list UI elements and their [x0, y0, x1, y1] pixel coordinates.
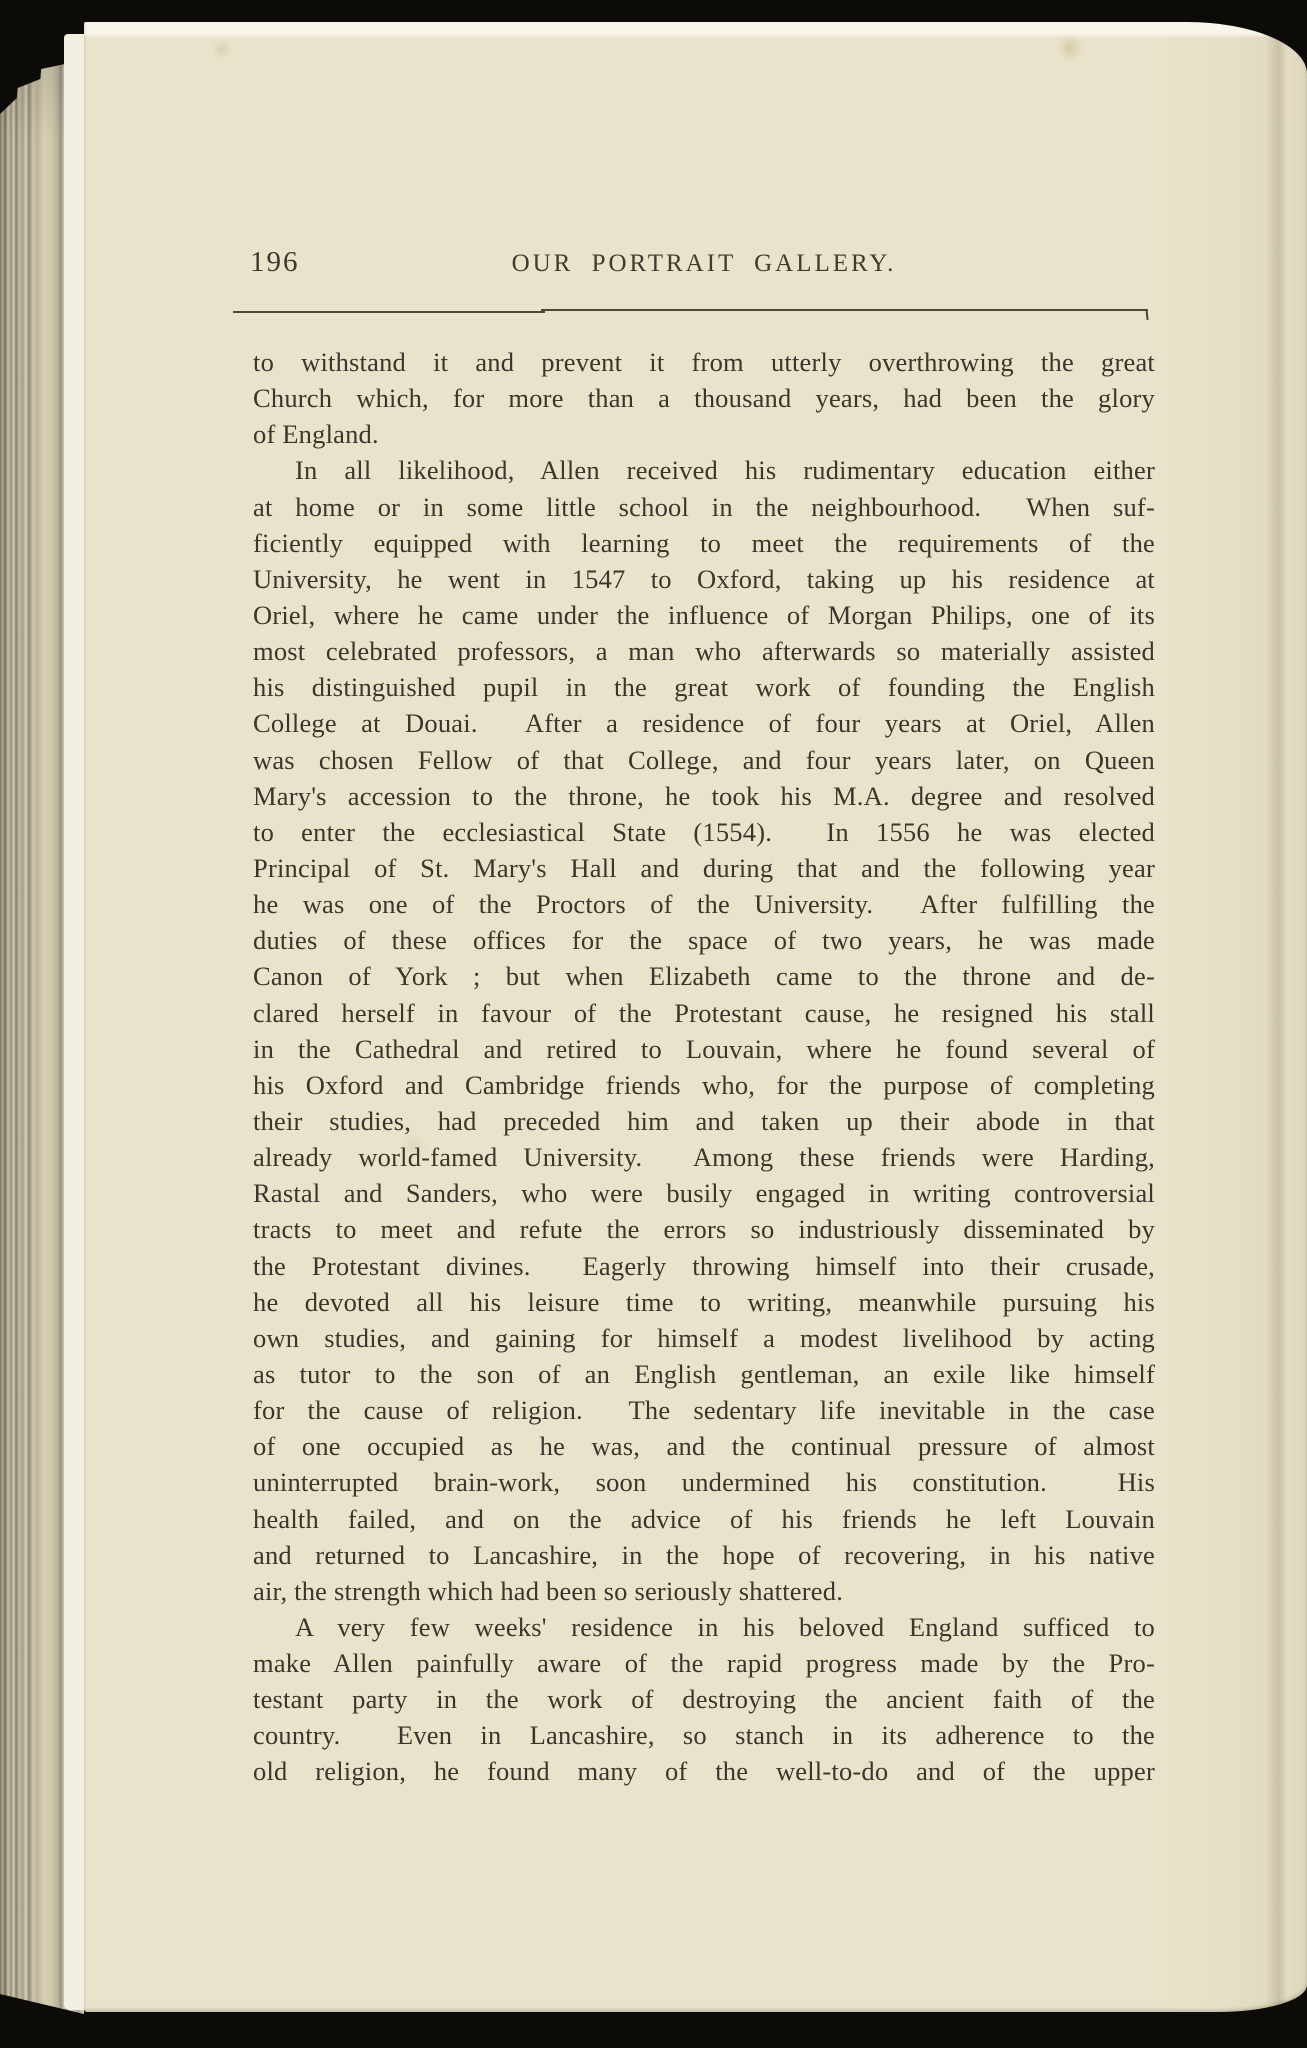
text-line: clared herself in favour of the Protesta… [253, 995, 1155, 1031]
text-line: he was one of the Proctors of the Univer… [253, 886, 1155, 922]
text-line: In all likelihood, Allen received his ru… [253, 452, 1155, 488]
text-line: at home or in some little school in the … [253, 489, 1155, 525]
text-line: uninterrupted brain-work, soon undermine… [253, 1464, 1155, 1500]
text-line: Principal of St. Mary's Hall and during … [253, 850, 1155, 886]
book-page: 196 OUR PORTRAIT GALLERY. to withstand i… [84, 22, 1307, 2012]
header-rule-end-tick [1145, 309, 1148, 320]
text-line: College at Douai. After a residence of f… [253, 705, 1155, 741]
text-line: health failed, and on the advice of his … [253, 1501, 1155, 1537]
text-line: air, the strength which had been so seri… [253, 1573, 1155, 1609]
text-line: for the cause of religion. The sedentary… [253, 1392, 1155, 1428]
text-line: of one occupied as he was, and the conti… [253, 1428, 1155, 1464]
header-rule-right [541, 309, 1148, 311]
text-line: A very few weeks' residence in his belov… [253, 1609, 1155, 1645]
text-line: Canon of York ; but when Elizabeth came … [253, 958, 1155, 994]
text-line: his distinguished pupil in the great wor… [253, 669, 1155, 705]
text-line: to withstand it and prevent it from utte… [253, 344, 1155, 380]
text-line: Mary's accession to the throne, he took … [253, 778, 1155, 814]
text-line: Church which, for more than a thousand y… [253, 380, 1155, 416]
text-line: duties of these offices for the space of… [253, 922, 1155, 958]
header-rule-left [233, 311, 545, 313]
text-line: his Oxford and Cambridge friends who, fo… [253, 1067, 1155, 1103]
text-line: was chosen Fellow of that College, and f… [253, 742, 1155, 778]
text-line: to enter the ecclesiastical State (1554)… [253, 814, 1155, 850]
running-title: OUR PORTRAIT GALLERY. [253, 250, 1155, 278]
body-text: to withstand it and prevent it from utte… [253, 344, 1155, 1790]
text-line: ficiently equipped with learning to meet… [253, 525, 1155, 561]
text-line: their studies, had preceded him and take… [253, 1103, 1155, 1139]
text-line: testant party in the work of destroying … [253, 1681, 1155, 1717]
text-line: country. Even in Lancashire, so stanch i… [253, 1717, 1155, 1753]
book-photo: 196 OUR PORTRAIT GALLERY. to withstand i… [0, 0, 1307, 2048]
text-line: as tutor to the son of an English gentle… [253, 1356, 1155, 1392]
text-line: he devoted all his leisure time to writi… [253, 1284, 1155, 1320]
text-line: Oriel, where he came under the influence… [253, 597, 1155, 633]
text-line: and returned to Lancashire, in the hope … [253, 1537, 1155, 1573]
text-line: of England. [253, 416, 1155, 452]
text-line: University, he went in 1547 to Oxford, t… [253, 561, 1155, 597]
text-line: tracts to meet and refute the errors so … [253, 1211, 1155, 1247]
text-line: own studies, and gaining for himself a m… [253, 1320, 1155, 1356]
text-line: the Protestant divines. Eagerly throwing… [253, 1248, 1155, 1284]
text-line: already world-famed University. Among th… [253, 1139, 1155, 1175]
text-line: most celebrated professors, a man who af… [253, 633, 1155, 669]
text-line: old religion, he found many of the well-… [253, 1753, 1155, 1789]
text-line: make Allen painfully aware of the rapid … [253, 1645, 1155, 1681]
text-line: Rastal and Sanders, who were busily enga… [253, 1175, 1155, 1211]
text-line: in the Cathedral and retired to Louvain,… [253, 1031, 1155, 1067]
